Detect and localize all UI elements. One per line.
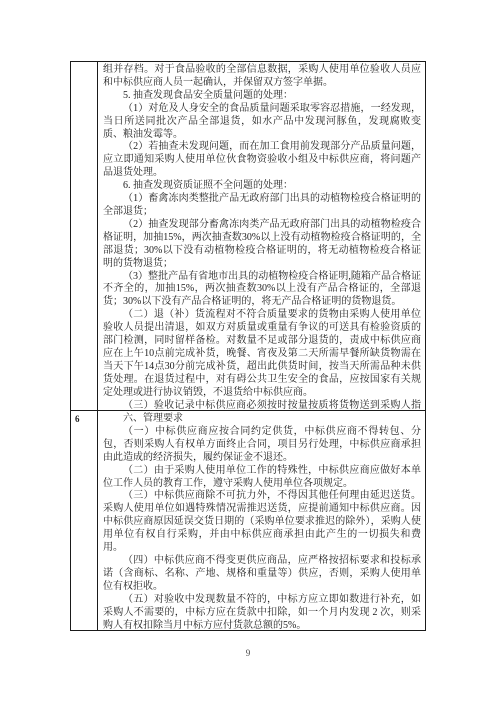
paragraph: （1）畜禽冻肉类整批产品无政府部门出具的动植物检疫合格证明的全部退货； xyxy=(103,193,421,219)
contract-terms-table: 组并存档。对于食品验收的全部信息数据，采购人使用单位验收人员应和中标供应商人员一… xyxy=(70,61,426,631)
paragraph: 6. 抽查发现资质证照不全问题的处理： xyxy=(103,180,421,193)
paragraph: （3）整批产品有省地市出具的动植物检疫合格证明,随箱产品合格证不齐全的，加抽15… xyxy=(103,271,421,310)
row-index-cell xyxy=(71,62,98,411)
paragraph: （一）中标供应商应按合同约定供货，中标供应商不得转包、分包，否则采购人有权单方面… xyxy=(103,426,421,465)
paragraph: 六、管理要求 xyxy=(103,413,421,426)
document-page: 组并存档。对于食品验收的全部信息数据，采购人使用单位验收人员应和中标供应商人员一… xyxy=(0,0,496,702)
paragraph: （三）验收记录中标供应商必须按时按量按质将货物送到采购人指定地点，并由采购人验收… xyxy=(103,400,421,411)
paragraph: （2）若抽查未发现问题，而在加工食用前发现部分产品质量问题，应立即通知采购人使用… xyxy=(103,141,421,180)
paragraph: （四）中标供应商不得变更供应商品，应严格按招标要求和投标承诺（含商标、名称、产地… xyxy=(103,555,421,594)
paragraph: （五）对验收中发现数量不符的，中标方应立即如数进行补充，如采购人不需要的，中标方… xyxy=(103,594,421,630)
page-number: 9 xyxy=(0,648,496,658)
paragraph: 组并存档。对于食品验收的全部信息数据，采购人使用单位验收人员应和中标供应商人员一… xyxy=(103,64,421,90)
paragraph: （二）由于采购人使用单位工作的特殊性，中标供应商应做好本单位工作人员的教育工作，… xyxy=(103,465,421,491)
paragraph: （2）抽查发现部分畜禽冻肉类产品无政府部门出具的动植物检疫合格证明，加抽15%，… xyxy=(103,219,421,271)
terms-text-cell: 组并存档。对于食品验收的全部信息数据，采购人使用单位验收人员应和中标供应商人员一… xyxy=(98,62,425,411)
paragraph: （1）对危及人身安全的食品质量问题采取零容忍措施，一经发现，当日所送同批次产品全… xyxy=(103,103,421,142)
paragraph: 5. 抽查发现食品安全质量问题的处理： xyxy=(103,90,421,103)
paragraph: （三）中标供应商除不可抗力外，不得因其他任何理由延迟送货。采购人使用单位如遇特殊… xyxy=(103,490,421,555)
row-index-cell: 6 xyxy=(71,411,98,630)
terms-text-cell: 六、管理要求（一）中标供应商应按合同约定供货，中标供应商不得转包、分包，否则采购… xyxy=(98,411,425,630)
paragraph: （二）退（补）货流程对不符合质量要求的货物由采购人使用单位验收人员提出清退，如双… xyxy=(103,309,421,399)
